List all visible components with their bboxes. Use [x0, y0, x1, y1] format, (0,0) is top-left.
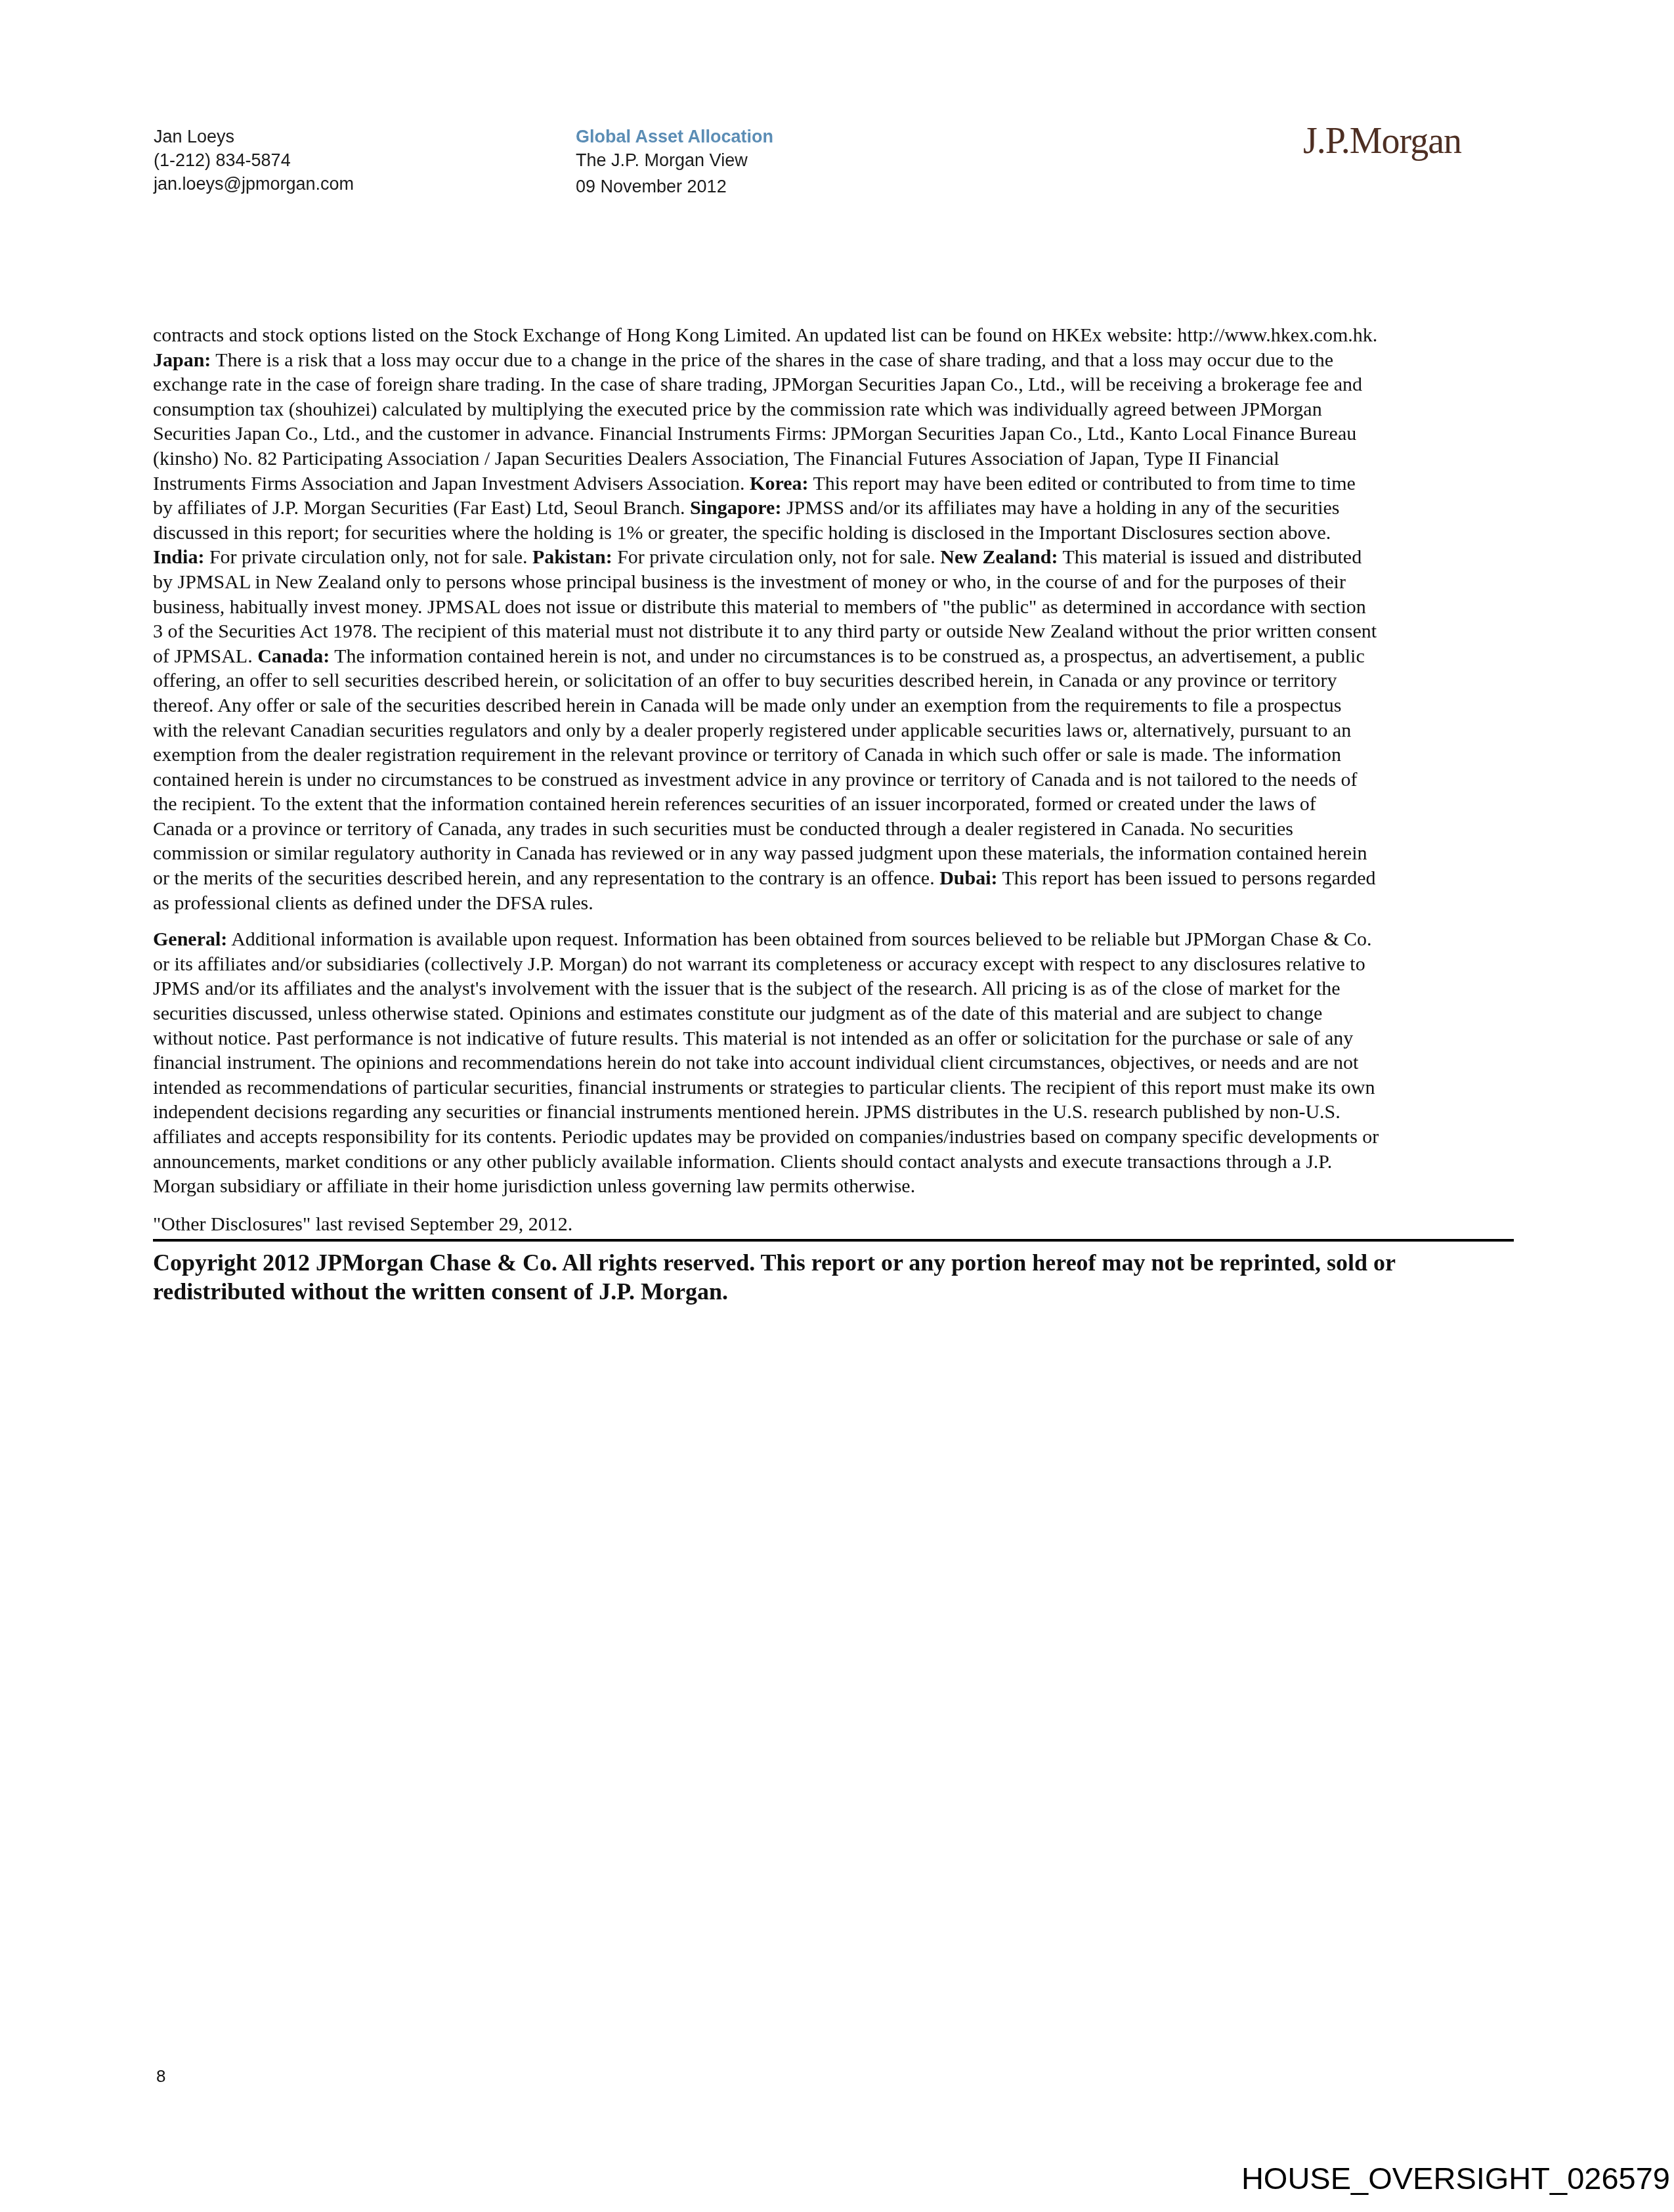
text-run: 3 of the Securities Act 1978. The recipi… — [153, 620, 1377, 642]
jpmorgan-logo: J.P.Morgan — [1303, 120, 1461, 162]
text-run: securities discussed, unless otherwise s… — [153, 1003, 1322, 1024]
text-line: contained herein is under no circumstanc… — [153, 768, 1518, 792]
text-run: JPMS and/or its affiliates and the analy… — [153, 978, 1341, 999]
publication-series: Global Asset Allocation — [576, 125, 773, 148]
text-line: by JPMSAL in New Zealand only to persons… — [153, 570, 1518, 595]
text-run: independent decisions regarding any secu… — [153, 1101, 1341, 1123]
copyright-notice: Copyright 2012 JPMorgan Chase & Co. All … — [153, 1248, 1518, 1306]
text-line: 3 of the Securities Act 1978. The recipi… — [153, 619, 1518, 644]
text-line: the recipient. To the extent that the in… — [153, 792, 1518, 817]
text-line: financial instrument. The opinions and r… — [153, 1051, 1518, 1075]
text-line: Morgan subsidiary or affiliate in their … — [153, 1174, 1518, 1199]
text-line: without notice. Past performance is not … — [153, 1026, 1518, 1051]
text-run: For private circulation only, not for sa… — [612, 546, 941, 568]
text-run: announcements, market conditions or any … — [153, 1151, 1332, 1173]
text-run: or the merits of the securities describe… — [153, 867, 939, 889]
text-run: financial instrument. The opinions and r… — [153, 1052, 1358, 1073]
text-run: For private circulation only, not for sa… — [204, 546, 532, 568]
text-run: intended as recommendations of particula… — [153, 1077, 1375, 1098]
text-line: consumption tax (shouhizei) calculated b… — [153, 397, 1518, 422]
text-run: offering, an offer to sell securities de… — [153, 670, 1337, 691]
text-run: the recipient. To the extent that the in… — [153, 793, 1316, 815]
text-line: independent decisions regarding any secu… — [153, 1100, 1518, 1125]
publication-block: Global Asset Allocation The J.P. Morgan … — [576, 125, 773, 198]
page-number: 8 — [156, 2066, 165, 2087]
text-line: business, habitually invest money. JPMSA… — [153, 595, 1518, 620]
text-run: business, habitually invest money. JPMSA… — [153, 596, 1366, 618]
author-email[interactable]: jan.loeys@jpmorgan.com — [154, 172, 354, 196]
region-label: Singapore: — [690, 497, 781, 519]
text-run: contained herein is under no circumstanc… — [153, 769, 1357, 791]
bates-number: HOUSE_OVERSIGHT_026579 — [1241, 2160, 1670, 2196]
author-name: Jan Loeys — [154, 125, 354, 148]
region-label: Pakistan: — [532, 546, 612, 568]
text-line: commission or similar regulatory authori… — [153, 841, 1518, 866]
copyright-line: Copyright 2012 JPMorgan Chase & Co. All … — [153, 1248, 1518, 1277]
text-run: contracts and stock options listed on th… — [153, 324, 1377, 346]
text-line: Securities Japan Co., Ltd., and the cust… — [153, 422, 1518, 446]
text-line: offering, an offer to sell securities de… — [153, 668, 1518, 693]
text-line: exemption from the dealer registration r… — [153, 743, 1518, 768]
text-run: Canada or a province or territory of Can… — [153, 818, 1293, 840]
text-run: commission or similar regulatory authori… — [153, 842, 1367, 864]
author-phone: (1-212) 834-5874 — [154, 148, 354, 172]
text-line: Japan: There is a risk that a loss may o… — [153, 348, 1518, 373]
text-line: as professional clients as defined under… — [153, 891, 1518, 916]
text-line: affiliates and accepts responsibility fo… — [153, 1125, 1518, 1150]
text-run: Securities Japan Co., Ltd., and the cust… — [153, 423, 1356, 445]
disclosures-body: contracts and stock options listed on th… — [153, 323, 1518, 1306]
copyright-line: redistributed without the written consen… — [153, 1277, 1518, 1306]
text-line: intended as recommendations of particula… — [153, 1075, 1518, 1100]
region-label: Dubai: — [939, 867, 997, 889]
text-line: exchange rate in the case of foreign sha… — [153, 372, 1518, 397]
text-line: (kinsho) No. 82 Participating Associatio… — [153, 446, 1518, 471]
text-run: Morgan subsidiary or affiliate in their … — [153, 1175, 915, 1197]
region-label: Japan: — [153, 349, 211, 371]
region-label: Korea: — [750, 473, 808, 494]
text-line: Canada or a province or territory of Can… — [153, 817, 1518, 842]
text-run: This report has been issued to persons r… — [998, 867, 1376, 889]
text-line: JPMS and/or its affiliates and the analy… — [153, 976, 1518, 1001]
text-run: Instruments Firms Association and Japan … — [153, 473, 750, 494]
publication-title: The J.P. Morgan View — [576, 148, 773, 172]
text-run: JPMSS and/or its affiliates may have a h… — [781, 497, 1339, 519]
author-block: Jan Loeys (1-212) 834-5874 jan.loeys@jpm… — [154, 125, 354, 196]
text-line: announcements, market conditions or any … — [153, 1150, 1518, 1175]
text-run: (kinsho) No. 82 Participating Associatio… — [153, 448, 1279, 469]
text-run: discussed in this report; for securities… — [153, 522, 1331, 544]
text-run: as professional clients as defined under… — [153, 892, 593, 914]
text-line: or the merits of the securities describe… — [153, 866, 1518, 891]
text-line: thereof. Any offer or sale of the securi… — [153, 693, 1518, 718]
text-line: Instruments Firms Association and Japan … — [153, 471, 1518, 496]
text-run: without notice. Past performance is not … — [153, 1028, 1353, 1049]
text-line: discussed in this report; for securities… — [153, 521, 1518, 546]
text-run: affiliates and accepts responsibility fo… — [153, 1126, 1379, 1148]
text-line: of JPMSAL. Canada: The information conta… — [153, 644, 1518, 669]
text-run: This material is issued and distributed — [1058, 546, 1362, 568]
text-run: of JPMSAL. — [153, 645, 257, 667]
text-line: by affiliates of J.P. Morgan Securities … — [153, 496, 1518, 521]
text-run: by affiliates of J.P. Morgan Securities … — [153, 497, 690, 519]
revised-date-note: "Other Disclosures" last revised Septemb… — [153, 1212, 1518, 1237]
region-label: General: — [153, 928, 227, 950]
region-label: Canada: — [257, 645, 330, 667]
text-line: or its affiliates and/or subsidiaries (c… — [153, 952, 1518, 977]
text-run: The information contained herein is not,… — [330, 645, 1364, 667]
text-run: exchange rate in the case of foreign sha… — [153, 374, 1362, 395]
text-line: with the relevant Canadian securities re… — [153, 718, 1518, 743]
text-line: General: Additional information is avail… — [153, 927, 1518, 952]
text-run: thereof. Any offer or sale of the securi… — [153, 695, 1342, 716]
text-run: by JPMSAL in New Zealand only to persons… — [153, 571, 1346, 593]
text-run: exemption from the dealer registration r… — [153, 744, 1341, 766]
regional-disclosures-paragraph: contracts and stock options listed on th… — [153, 323, 1518, 915]
text-run: with the relevant Canadian securities re… — [153, 720, 1351, 741]
text-line: securities discussed, unless otherwise s… — [153, 1001, 1518, 1026]
text-line: India: For private circulation only, not… — [153, 545, 1518, 570]
publication-date: 09 November 2012 — [576, 175, 773, 198]
text-run: This report may have been edited or cont… — [809, 473, 1356, 494]
general-disclosures-paragraph: General: Additional information is avail… — [153, 927, 1518, 1199]
region-label: New Zealand: — [940, 546, 1058, 568]
text-run: Additional information is available upon… — [227, 928, 1371, 950]
text-run: or its affiliates and/or subsidiaries (c… — [153, 953, 1365, 975]
text-line: contracts and stock options listed on th… — [153, 323, 1518, 348]
text-run: consumption tax (shouhizei) calculated b… — [153, 399, 1322, 420]
text-run: There is a risk that a loss may occur du… — [211, 349, 1333, 371]
divider-rule — [153, 1239, 1514, 1242]
region-label: India: — [153, 546, 204, 568]
